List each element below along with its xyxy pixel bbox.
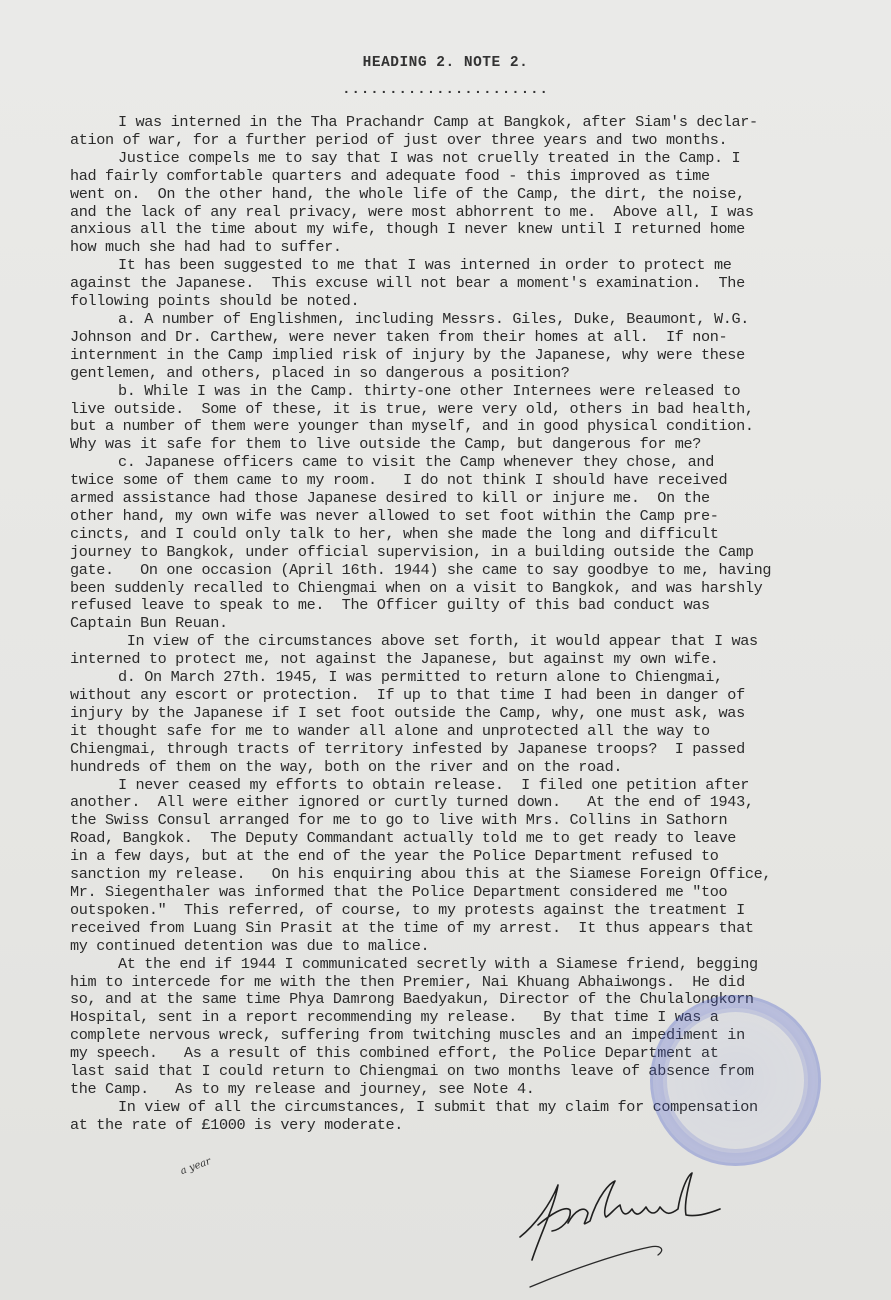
text-line: received from Luang Sin Prasit at the ti… bbox=[70, 920, 830, 938]
heading-underline-dots: ...................... bbox=[0, 82, 891, 98]
text-line: Mr. Siegenthaler was informed that the P… bbox=[70, 884, 830, 902]
text-line: live outside. Some of these, it is true,… bbox=[70, 401, 830, 419]
text-line: Captain Bun Reuan. bbox=[70, 615, 830, 633]
text-line: armed assistance had those Japanese desi… bbox=[70, 490, 830, 508]
text-line: b. While I was in the Camp. thirty-one o… bbox=[70, 383, 830, 401]
text-line: it thought safe for me to wander all alo… bbox=[70, 723, 830, 741]
text-line: I was interned in the Tha Prachandr Camp… bbox=[70, 114, 830, 132]
text-line: Road, Bangkok. The Deputy Commandant act… bbox=[70, 830, 830, 848]
text-line: in a few days, but at the end of the yea… bbox=[70, 848, 830, 866]
text-line: ation of war, for a further period of ju… bbox=[70, 132, 830, 150]
text-line: a. A number of Englishmen, including Mes… bbox=[70, 311, 830, 329]
text-line: anxious all the time about my wife, thou… bbox=[70, 221, 830, 239]
text-line: gate. On one occasion (April 16th. 1944)… bbox=[70, 562, 830, 580]
document-heading: HEADING 2. NOTE 2. bbox=[0, 55, 891, 71]
text-line: other hand, my own wife was never allowe… bbox=[70, 508, 830, 526]
text-line: c. Japanese officers came to visit the C… bbox=[70, 454, 830, 472]
text-line: d. On March 27th. 1945, I was permitted … bbox=[70, 669, 830, 687]
text-line: internment in the Camp implied risk of i… bbox=[70, 347, 830, 365]
text-line: cincts, and I could only talk to her, wh… bbox=[70, 526, 830, 544]
text-line: journey to Bangkok, under official super… bbox=[70, 544, 830, 562]
text-line: I never ceased my efforts to obtain rele… bbox=[70, 777, 830, 795]
text-line: refused leave to speak to me. The Office… bbox=[70, 597, 830, 615]
text-line: another. All were either ignored or curt… bbox=[70, 794, 830, 812]
text-line: him to intercede for me with the then Pr… bbox=[70, 974, 830, 992]
signature-icon bbox=[510, 1165, 770, 1300]
text-line: It has been suggested to me that I was i… bbox=[70, 257, 830, 275]
text-line: been suddenly recalled to Chiengmai when… bbox=[70, 580, 830, 598]
text-line: gentlemen, and others, placed in so dang… bbox=[70, 365, 830, 383]
text-line: had fairly comfortable quarters and adeq… bbox=[70, 168, 830, 186]
text-line: twice some of them came to my room. I do… bbox=[70, 472, 830, 490]
text-line: how much she had had to suffer. bbox=[70, 239, 830, 257]
text-line: following points should be noted. bbox=[70, 293, 830, 311]
document-body: I was interned in the Tha Prachandr Camp… bbox=[70, 114, 830, 1135]
handwritten-insertion: a year bbox=[179, 1156, 212, 1177]
text-line: injury by the Japanese if I set foot out… bbox=[70, 705, 830, 723]
document-page: HEADING 2. NOTE 2. .....................… bbox=[0, 0, 891, 1300]
text-line: but a number of them were younger than m… bbox=[70, 418, 830, 436]
text-line: the Swiss Consul arranged for me to go t… bbox=[70, 812, 830, 830]
text-line: Justice compels me to say that I was not… bbox=[70, 150, 830, 168]
text-line: without any escort or protection. If up … bbox=[70, 687, 830, 705]
text-line: Chiengmai, through tracts of territory i… bbox=[70, 741, 830, 759]
text-line: my continued detention was due to malice… bbox=[70, 938, 830, 956]
text-line: and the lack of any real privacy, were m… bbox=[70, 204, 830, 222]
text-line: At the end if 1944 I communicated secret… bbox=[70, 956, 830, 974]
text-line: In view of the circumstances above set f… bbox=[70, 633, 830, 651]
text-line: went on. On the other hand, the whole li… bbox=[70, 186, 830, 204]
text-line: against the Japanese. This excuse will n… bbox=[70, 275, 830, 293]
text-line: outspoken." This referred, of course, to… bbox=[70, 902, 830, 920]
text-line: interned to protect me, not against the … bbox=[70, 651, 830, 669]
text-line: sanction my release. On his enquiring ab… bbox=[70, 866, 830, 884]
text-line: Johnson and Dr. Carthew, were never take… bbox=[70, 329, 830, 347]
official-seal-stamp-icon bbox=[650, 995, 821, 1166]
text-line: hundreds of them on the way, both on the… bbox=[70, 759, 830, 777]
text-line: Why was it safe for them to live outside… bbox=[70, 436, 830, 454]
